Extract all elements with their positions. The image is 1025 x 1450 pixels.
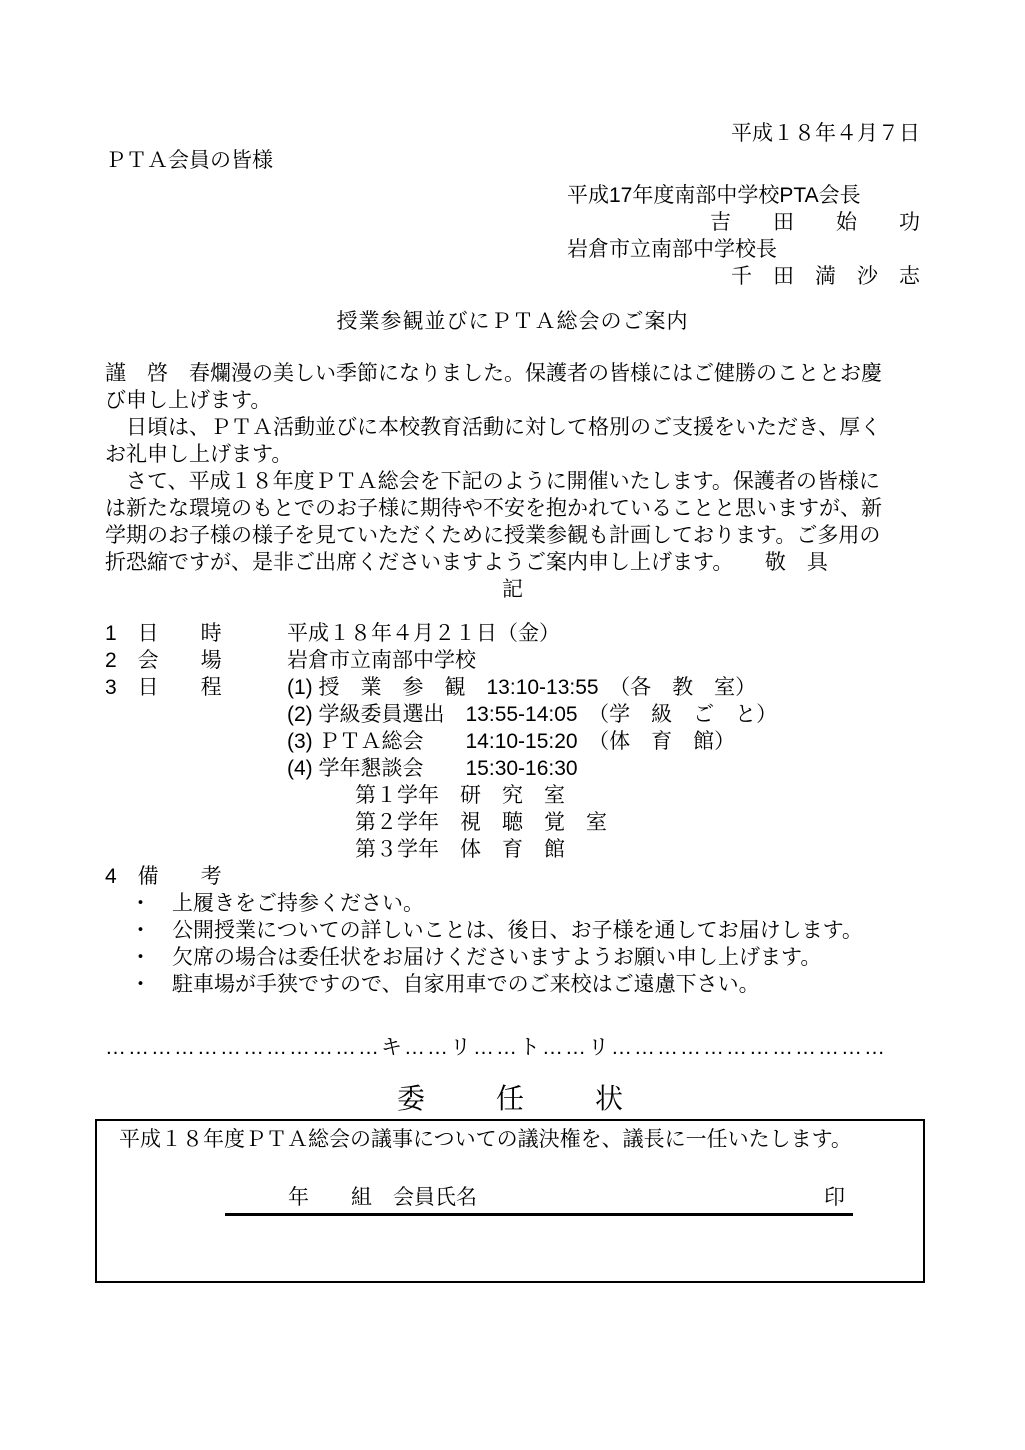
cut-here-line: ………………………………キ……リ……ト……リ……………………………… xyxy=(105,1034,920,1061)
detail-label: 3 日 程 xyxy=(105,674,287,701)
detail-row-schedule-4: (4) 学年懇談会 15:30-16:30 xyxy=(105,755,920,782)
body-line: 日頃は、ＰＴＡ活動並びに本校教育活動に対して格別のご支援をいただき、厚く xyxy=(105,414,920,441)
seal-label: 印 xyxy=(824,1184,853,1211)
detail-label: 1 日 時 xyxy=(105,620,287,647)
detail-value: 岩倉市立南部中学校 xyxy=(287,647,476,674)
notice-document: 平成１８年４月７日 ＰＴＡ会員の皆様 平成17年度南部中学校PTA会長 吉 田 … xyxy=(0,120,1025,1283)
body-line: び申し上げます。 xyxy=(105,387,920,414)
body-line: 折恐縮ですが、是非ご出席くださいますようご案内申し上げます。 敬 具 xyxy=(105,549,920,576)
sender-name-pta-president: 吉 田 始 功 xyxy=(105,209,920,236)
proxy-statement: 平成１８年度ＰＴＡ総会の議事についての議決権を、議長に一任いたします。 xyxy=(97,1121,923,1153)
recipient-line: ＰＴＡ会員の皆様 xyxy=(105,147,920,174)
body-line: さて、平成１８年度ＰＴＡ総会を下記のように開催いたします。保護者の皆様に xyxy=(105,468,920,495)
document-title: 授業参観並びにＰＴＡ総会のご案内 xyxy=(105,308,920,335)
detail-label xyxy=(105,755,287,782)
sender-title-principal: 岩倉市立南部中学校長 xyxy=(567,236,920,263)
detail-row-schedule-2: (2) 学級委員選出 13:55-14:05 （学 級 ご と） xyxy=(105,701,920,728)
sender-block: 平成17年度南部中学校PTA会長 吉 田 始 功 岩倉市立南部中学校長 千 田 … xyxy=(105,182,920,290)
detail-value: (2) 学級委員選出 13:55-14:05 （学 級 ご と） xyxy=(287,701,777,728)
detail-row-schedule-3: (3) ＰＴＡ総会 14:10-15:20 （体 育 館） xyxy=(105,728,920,755)
signature-fields-label: 年 組 会員氏名 xyxy=(225,1184,477,1211)
detail-value: 平成１８年４月２１日（金） xyxy=(287,620,560,647)
body-line: 謹 啓 春爛漫の美しい季節になりました。保護者の皆様にはご健勝のこととお慶 xyxy=(105,360,920,387)
note-item: ・ 公開授業についての詳しいことは、後日、お子様を通してお届けします。 xyxy=(130,917,920,944)
record-marker: 記 xyxy=(105,576,920,603)
proxy-form-box: 平成１８年度ＰＴＡ総会の議事についての議決権を、議長に一任いたします。 年 組 … xyxy=(95,1119,925,1283)
body-line: は新たな環境のもとでのお子様に期待や不安を抱かれていることと思いますが、新 xyxy=(105,495,920,522)
note-item: ・ 欠席の場合は委任状をお届けくださいますようお願い申し上げます。 xyxy=(130,944,920,971)
detail-label xyxy=(105,728,287,755)
details-list: 1 日 時 平成１８年４月２１日（金） 2 会 場 岩倉市立南部中学校 3 日 … xyxy=(105,620,920,998)
detail-label xyxy=(105,701,287,728)
detail-row-datetime: 1 日 時 平成１８年４月２１日（金） xyxy=(105,620,920,647)
detail-label: 2 会 場 xyxy=(105,647,287,674)
note-item: ・ 上履きをご持参ください。 xyxy=(130,890,920,917)
proxy-form-title: 委 任 状 xyxy=(105,1081,920,1117)
detail-row-venue: 2 会 場 岩倉市立南部中学校 xyxy=(105,647,920,674)
body-line: 学期のお子様の様子を見ていただくために授業参観も計画しております。ご多用の xyxy=(105,522,920,549)
sender-name-principal: 千 田 満 沙 志 xyxy=(105,263,920,290)
signature-line: 年 組 会員氏名 印 xyxy=(225,1184,853,1216)
notes-heading: 4 備 考 xyxy=(105,863,920,890)
detail-row-schedule-1: 3 日 程 (1) 授 業 参 観 13:10-13:55 （各 教 室） xyxy=(105,674,920,701)
grade-venue-line: 第２学年 視 聴 覚 室 xyxy=(355,809,920,836)
detail-value: (4) 学年懇談会 15:30-16:30 xyxy=(287,755,578,782)
detail-value: (1) 授 業 参 観 13:10-13:55 （各 教 室） xyxy=(287,674,756,701)
body-line: お礼申し上げます。 xyxy=(105,441,920,468)
body-text: 謹 啓 春爛漫の美しい季節になりました。保護者の皆様にはご健勝のこととお慶 び申… xyxy=(105,360,920,603)
date-line: 平成１８年４月７日 xyxy=(105,120,920,147)
note-item: ・ 駐車場が手狭ですので、自家用車でのご来校はご遠慮下さい。 xyxy=(130,971,920,998)
detail-value: (3) ＰＴＡ総会 14:10-15:20 （体 育 館） xyxy=(287,728,735,755)
grade-venue-line: 第１学年 研 究 室 xyxy=(355,782,920,809)
document-page: 平成１８年４月７日 ＰＴＡ会員の皆様 平成17年度南部中学校PTA会長 吉 田 … xyxy=(0,0,1025,1450)
grade-venue-line: 第３学年 体 育 館 xyxy=(355,836,920,863)
sender-title-pta-president: 平成17年度南部中学校PTA会長 xyxy=(567,182,920,209)
